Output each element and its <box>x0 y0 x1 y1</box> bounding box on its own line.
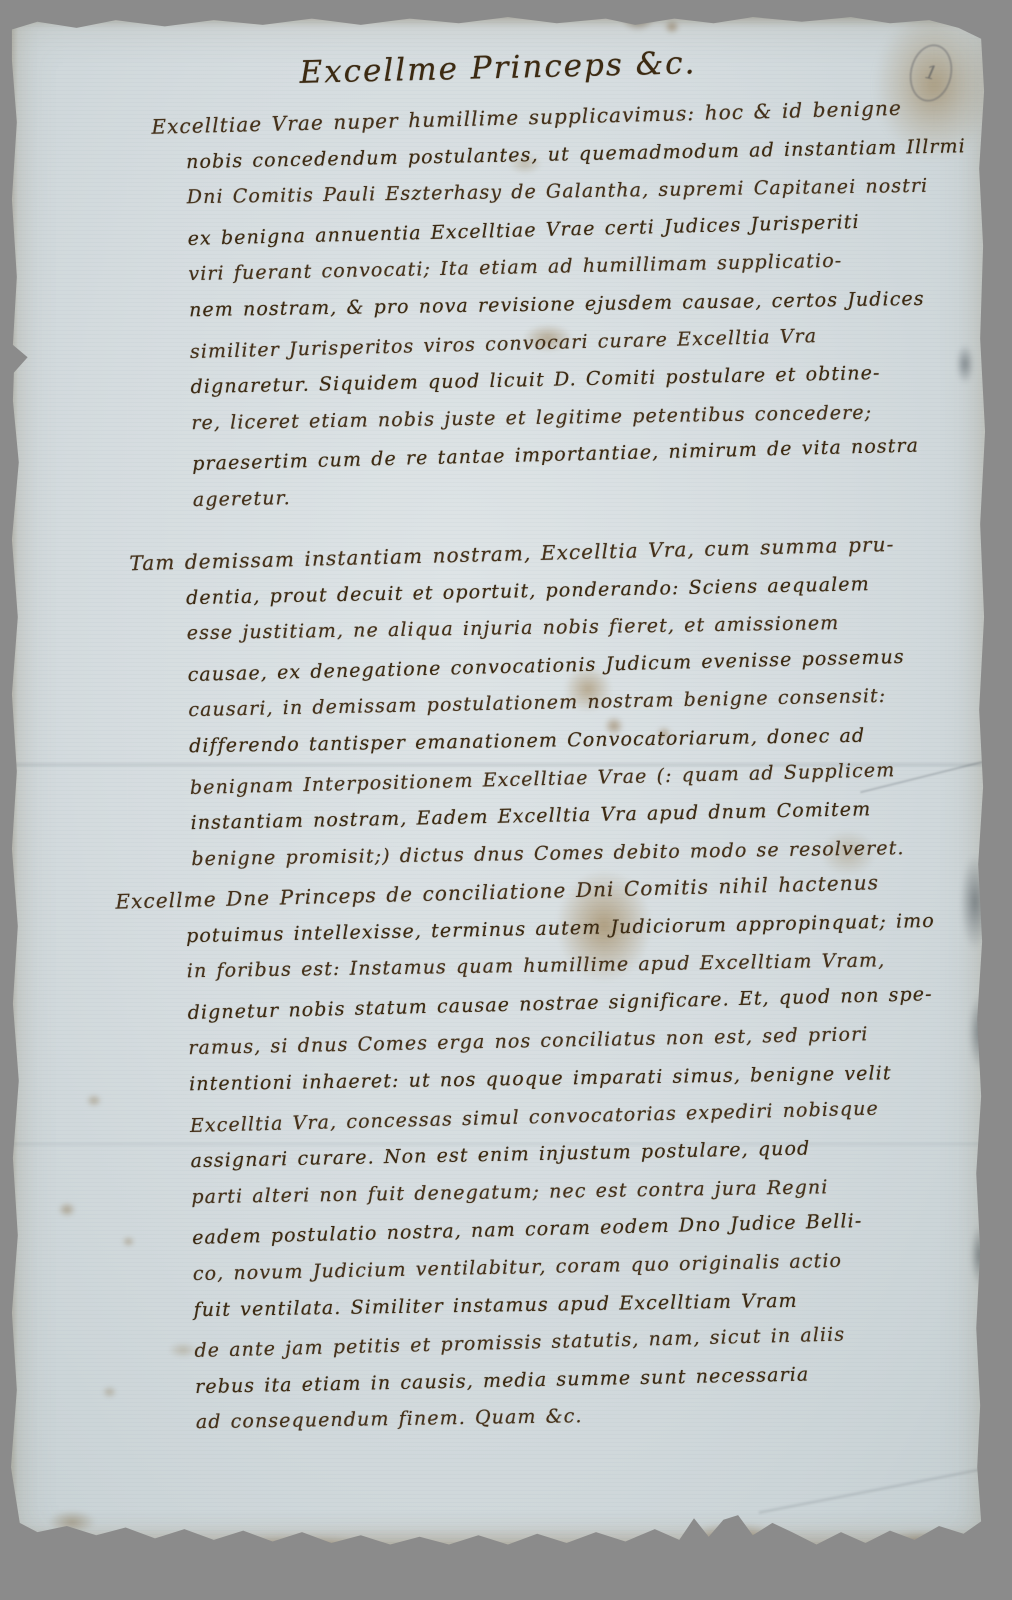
manuscript-paragraph-2: Tam demissam instantiam nostram, Excellt… <box>185 527 964 881</box>
scan-background: { "page": { "background_color": "#8b8b8b… <box>0 0 1012 1600</box>
aged-edge-top <box>8 14 988 28</box>
manuscript-paragraph-1: Excelltiae Vrae nuper humillime supplica… <box>185 91 965 520</box>
edge-smudge <box>968 994 992 1070</box>
aged-edge-bottom <box>8 1526 988 1560</box>
edge-smudge <box>970 1224 990 1286</box>
fox-spot <box>58 1202 76 1217</box>
torn-edge-stain <box>864 1530 994 1566</box>
manuscript-paragraph-3: Excellme Dne Princeps de conciliatione D… <box>185 865 968 1444</box>
torn-edge-stain <box>680 1522 790 1564</box>
ink-stain <box>48 1510 96 1534</box>
manuscript-page: 1 Excellme Princeps &c. Excelltiae Vrae … <box>8 14 988 1560</box>
fox-spot <box>86 1094 102 1107</box>
aged-edge-left <box>8 14 18 1560</box>
fox-spot <box>122 1236 135 1247</box>
edge-smudge <box>960 854 990 950</box>
fox-spot <box>664 20 680 34</box>
fox-spot <box>102 1386 117 1398</box>
fold-crease <box>758 1453 1012 1513</box>
manuscript-heading: Excellme Princeps &c. <box>8 38 989 98</box>
torn-edge-stain <box>208 1534 388 1562</box>
